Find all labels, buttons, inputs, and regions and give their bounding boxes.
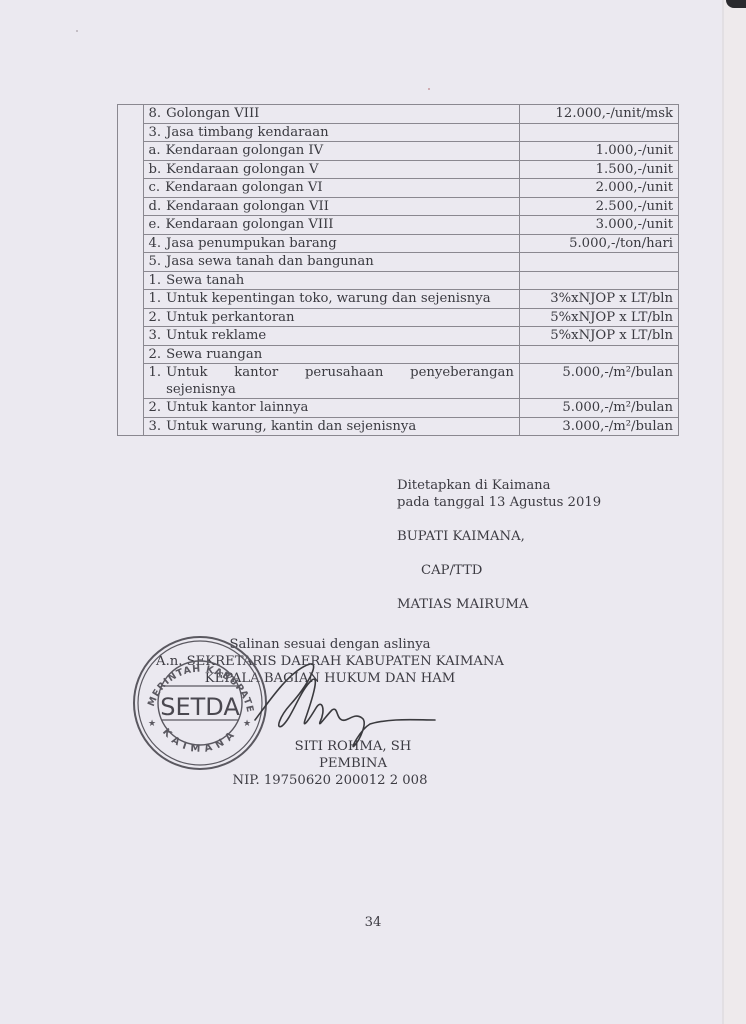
item-label: Kendaraan golongan IV bbox=[166, 142, 514, 159]
stamp-note: CAP/TTD bbox=[397, 562, 601, 579]
blank-column-cell bbox=[118, 123, 144, 142]
item-label: Untuk kantor lainnya bbox=[166, 399, 514, 416]
signatory-name: MATIAS MAIRUMA bbox=[397, 596, 601, 613]
table-row: 2.Untuk kantor lainnya5.000,-/m²/bulan bbox=[118, 399, 679, 418]
item-number: 2. bbox=[149, 309, 167, 326]
item-label: Kendaraan golongan V bbox=[166, 161, 514, 178]
tariff-value-cell: 5.000,-/ton/hari bbox=[519, 234, 678, 253]
blank-column-cell bbox=[118, 271, 144, 290]
tariff-value-cell bbox=[519, 123, 678, 142]
item-label: Golongan VIII bbox=[166, 105, 514, 122]
item-label: Untuk reklame bbox=[166, 327, 514, 344]
item-number: a. bbox=[149, 142, 166, 159]
blank-column-cell bbox=[118, 345, 144, 364]
table-row: 3.Untuk reklame5%xNJOP x LT/bln bbox=[118, 327, 679, 346]
item-label: Untuk perkantoran bbox=[166, 309, 514, 326]
document-page: 8.Golongan VIII12.000,-/unit/msk3.Jasa t… bbox=[0, 0, 746, 1024]
item-label-cell: 1.Untuk kepentingan toko, warung dan sej… bbox=[143, 290, 519, 309]
tariff-value-cell: 3%xNJOP x LT/bln bbox=[519, 290, 678, 309]
svg-text:★: ★ bbox=[148, 719, 156, 729]
official-stamp-icon: SETDA PEMERINTAH KABUPATEN KAIMANA ★ ★ bbox=[131, 634, 269, 772]
tariff-value-cell bbox=[519, 345, 678, 364]
copy-nip: NIP. 19750620 200012 2 008 bbox=[140, 772, 520, 789]
blank-column-cell bbox=[118, 364, 144, 399]
signature-block: Ditetapkan di Kaimana pada tanggal 13 Ag… bbox=[397, 477, 601, 613]
item-label: Kendaraan golongan VIII bbox=[166, 216, 514, 233]
item-number: e. bbox=[149, 216, 166, 233]
tariff-value-cell bbox=[519, 271, 678, 290]
item-label: Jasa sewa tanah dan bangunan bbox=[166, 253, 514, 270]
item-label-cell: 3.Untuk reklame bbox=[143, 327, 519, 346]
item-number: 2. bbox=[149, 346, 167, 363]
item-label: Untuk kepentingan toko, warung dan sejen… bbox=[166, 290, 514, 307]
table-row: 3.Jasa timbang kendaraan bbox=[118, 123, 679, 142]
tariff-value-cell bbox=[519, 253, 678, 272]
item-label-cell: 1.Sewa tanah bbox=[143, 271, 519, 290]
item-label-cell: d.Kendaraan golongan VII bbox=[143, 197, 519, 216]
item-label-cell: 4.Jasa penumpukan barang bbox=[143, 234, 519, 253]
enactment-date: pada tanggal 13 Agustus 2019 bbox=[397, 494, 601, 511]
handwritten-signature-icon bbox=[250, 660, 440, 760]
blank-column-cell bbox=[118, 253, 144, 272]
svg-text:KAIMANA: KAIMANA bbox=[160, 727, 240, 755]
tariff-value-cell: 5.000,-/m²/bulan bbox=[519, 399, 678, 418]
blank-column-cell bbox=[118, 105, 144, 124]
table-row: 2.Sewa ruangan bbox=[118, 345, 679, 364]
item-number: 3. bbox=[149, 327, 167, 344]
item-label-cell: c.Kendaraan golongan VI bbox=[143, 179, 519, 198]
page-margin-strip bbox=[724, 0, 746, 1024]
blank-column-cell bbox=[118, 327, 144, 346]
item-number: 1. bbox=[149, 364, 167, 398]
table-row: 5.Jasa sewa tanah dan bangunan bbox=[118, 253, 679, 272]
tariff-value-cell: 3.000,-/m²/bulan bbox=[519, 417, 678, 436]
item-label: Untuk kantor perusahaan penyeberangan se… bbox=[166, 364, 514, 398]
item-number: 4. bbox=[149, 235, 167, 252]
tariff-value-cell: 1.000,-/unit bbox=[519, 142, 678, 161]
item-label: Kendaraan golongan VI bbox=[165, 179, 514, 196]
blank-column-cell bbox=[118, 399, 144, 418]
item-label-cell: 3.Untuk warung, kantin dan sejenisnya bbox=[143, 417, 519, 436]
item-number: 3. bbox=[149, 124, 167, 141]
table-row: 2.Untuk perkantoran5%xNJOP x LT/bln bbox=[118, 308, 679, 327]
item-number: 2. bbox=[149, 399, 167, 416]
blank-column-cell bbox=[118, 290, 144, 309]
table-row: 8.Golongan VIII12.000,-/unit/msk bbox=[118, 105, 679, 124]
tariff-value-cell: 12.000,-/unit/msk bbox=[519, 105, 678, 124]
tariff-table: 8.Golongan VIII12.000,-/unit/msk3.Jasa t… bbox=[117, 104, 679, 436]
blank-column-cell bbox=[118, 417, 144, 436]
enactment-place: Ditetapkan di Kaimana bbox=[397, 477, 601, 494]
item-number: 5. bbox=[149, 253, 167, 270]
scan-speck bbox=[76, 30, 78, 32]
table-row: a.Kendaraan golongan IV1.000,-/unit bbox=[118, 142, 679, 161]
item-number: c. bbox=[149, 179, 166, 196]
item-number: 1. bbox=[149, 272, 167, 289]
item-label: Sewa ruangan bbox=[166, 346, 514, 363]
tariff-value-cell: 1.500,-/unit bbox=[519, 160, 678, 179]
item-label: Untuk warung, kantin dan sejenisnya bbox=[166, 418, 514, 435]
item-label-cell: 2.Untuk kantor lainnya bbox=[143, 399, 519, 418]
scan-corner bbox=[726, 0, 746, 8]
table-row: d.Kendaraan golongan VII2.500,-/unit bbox=[118, 197, 679, 216]
blank-column-cell bbox=[118, 160, 144, 179]
blank-column-cell bbox=[118, 142, 144, 161]
table-row: 1.Sewa tanah bbox=[118, 271, 679, 290]
item-label-cell: b.Kendaraan golongan V bbox=[143, 160, 519, 179]
table-row: 4.Jasa penumpukan barang5.000,-/ton/hari bbox=[118, 234, 679, 253]
tariff-value-cell: 3.000,-/unit bbox=[519, 216, 678, 235]
item-number: b. bbox=[149, 161, 167, 178]
item-label: Sewa tanah bbox=[166, 272, 514, 289]
item-number: 1. bbox=[149, 290, 167, 307]
item-label-cell: 5.Jasa sewa tanah dan bangunan bbox=[143, 253, 519, 272]
item-label-cell: 2.Sewa ruangan bbox=[143, 345, 519, 364]
svg-text:SETDA: SETDA bbox=[160, 693, 240, 721]
item-label-cell: e.Kendaraan golongan VIII bbox=[143, 216, 519, 235]
tariff-value-cell: 2.000,-/unit bbox=[519, 179, 678, 198]
tariff-value-cell: 5.000,-/m²/bulan bbox=[519, 364, 678, 399]
item-number: 8. bbox=[149, 105, 167, 122]
blank-column-cell bbox=[118, 197, 144, 216]
page-number: 34 bbox=[0, 915, 746, 930]
table-row: b.Kendaraan golongan V1.500,-/unit bbox=[118, 160, 679, 179]
table-row: e.Kendaraan golongan VIII3.000,-/unit bbox=[118, 216, 679, 235]
table-row: 1.Untuk kantor perusahaan penyeberangan … bbox=[118, 364, 679, 399]
tariff-value-cell: 2.500,-/unit bbox=[519, 197, 678, 216]
signatory-title: BUPATI KAIMANA, bbox=[397, 528, 601, 545]
item-label-cell: 3.Jasa timbang kendaraan bbox=[143, 123, 519, 142]
tariff-value-cell: 5%xNJOP x LT/bln bbox=[519, 327, 678, 346]
table-row: c.Kendaraan golongan VI2.000,-/unit bbox=[118, 179, 679, 198]
blank-column-cell bbox=[118, 308, 144, 327]
item-label-cell: a.Kendaraan golongan IV bbox=[143, 142, 519, 161]
table-row: 1.Untuk kepentingan toko, warung dan sej… bbox=[118, 290, 679, 309]
item-label: Kendaraan golongan VII bbox=[166, 198, 514, 215]
item-number: d. bbox=[149, 198, 167, 215]
item-label-cell: 1.Untuk kantor perusahaan penyeberangan … bbox=[143, 364, 519, 399]
tariff-value-cell: 5%xNJOP x LT/bln bbox=[519, 308, 678, 327]
item-label-cell: 2.Untuk perkantoran bbox=[143, 308, 519, 327]
item-label: Jasa timbang kendaraan bbox=[166, 124, 514, 141]
item-label: Jasa penumpukan barang bbox=[166, 235, 514, 252]
blank-column-cell bbox=[118, 216, 144, 235]
blank-column-cell bbox=[118, 234, 144, 253]
table-row: 3.Untuk warung, kantin dan sejenisnya3.0… bbox=[118, 417, 679, 436]
item-number: 3. bbox=[149, 418, 167, 435]
blank-column-cell bbox=[118, 179, 144, 198]
scan-speck bbox=[428, 88, 430, 90]
item-label-cell: 8.Golongan VIII bbox=[143, 105, 519, 124]
